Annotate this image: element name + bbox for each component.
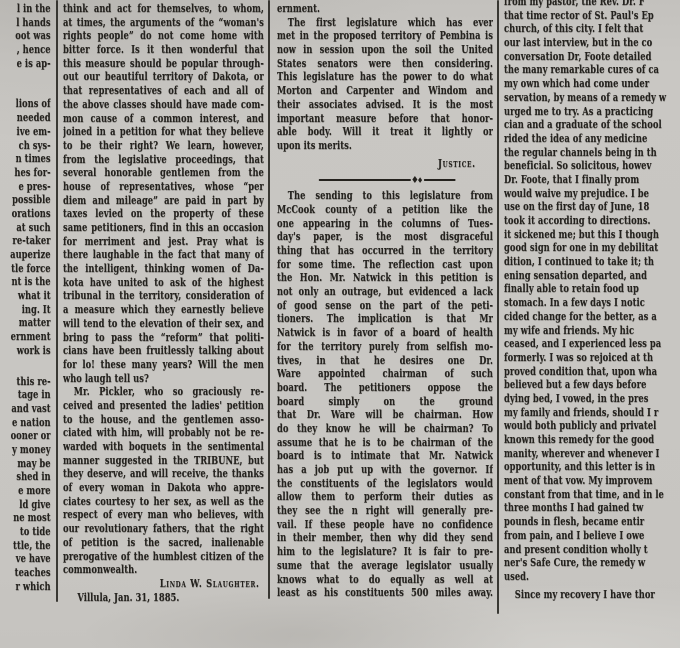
text-line: least as his constituents 500 miles away… <box>277 586 493 600</box>
text-line: dying bed, I vowed, in the pres <box>504 392 680 406</box>
text-line: the regular channels being in th <box>504 146 680 160</box>
text-line: at such <box>0 221 51 235</box>
text-line: it sickened me; but this I though <box>504 228 680 242</box>
text-line: e more <box>0 484 51 498</box>
text-line: the above classes should have made com- <box>63 98 264 112</box>
text-line: respect of every man who believes, with <box>63 508 264 522</box>
text-line: ive em- <box>0 125 51 139</box>
rule-line <box>424 179 456 181</box>
text-line: my own which had come under <box>504 77 680 91</box>
text-line: lions of <box>0 97 51 111</box>
text-line: taxes levied on the property of these <box>63 207 264 221</box>
text-line: Since my recovery I have thor <box>504 588 680 602</box>
diamond-ornament <box>418 177 422 182</box>
text-line: one appearing in the columns of Tues- <box>277 217 493 231</box>
text-line: in their member, then why did they send <box>277 531 493 545</box>
text-line: bring to pass the “reform” that politi- <box>63 331 264 345</box>
text-line: vail. If these people have no confidence <box>277 518 493 532</box>
text-line: church, of this city. I felt that <box>504 22 680 36</box>
text-line: bitter force. Is it then wonderful that <box>63 43 264 57</box>
text-line: for some time. The reflection cast upon <box>277 258 493 272</box>
text-line: has a job put up with the governor. If <box>277 463 493 477</box>
text-line: ening sensation departed, and <box>504 269 680 283</box>
column-divider-2 <box>268 0 270 599</box>
text-line: board is to intimate that Mr. Natwick <box>277 449 493 463</box>
text-line: a measure which they earnestly believe <box>63 303 264 317</box>
text-line: possible <box>0 193 51 207</box>
text-line: mon cause of a common interest, and <box>63 112 264 126</box>
text-line: now in session upon the soil the United <box>277 43 493 57</box>
text-line: Justice. <box>277 157 493 171</box>
text-line: think and act for themselves, to whom, <box>63 2 264 16</box>
text-line: urged me to try. As a practicing <box>504 105 680 119</box>
diamond-ornament <box>413 176 418 183</box>
text-line: house of representatives, whose “per <box>63 180 264 194</box>
text-line: l hands <box>0 16 51 30</box>
text-line: pounds in flesh, became entir <box>504 515 680 529</box>
text-line: servation, by means of a remedy w <box>504 91 680 105</box>
text-line: good sign for one in my debilitat <box>504 241 680 255</box>
text-line: they see the n right will generally pre- <box>277 504 493 518</box>
text-line: cided change for the better, as a <box>504 310 680 324</box>
text-line: of good sense on the part of the peti- <box>277 299 493 313</box>
text-line: joined in a petition for what they belie… <box>63 125 264 139</box>
text-line: commonwealth. <box>63 563 264 577</box>
text-line: board simply on the ground <box>277 395 493 409</box>
text-line: Linda W. Slaughter. <box>63 577 264 591</box>
text-line: tives, in that he desires one Dr. <box>277 354 493 368</box>
text-line: for the territory purely from selfish mo… <box>277 340 493 354</box>
text-line: needed <box>0 111 51 125</box>
text-line: ner's Safe Cure, the remedy w <box>504 556 680 570</box>
text-line: Mr. Pickler, who so graciously re- <box>63 385 264 399</box>
text-line: of petition is the sacred, inalienable <box>63 536 264 550</box>
text-line: our revolutionary fathers, that the righ… <box>63 522 264 536</box>
text-line: n times <box>0 152 51 166</box>
text-line: ceived and presented the ladies' petitio… <box>63 399 264 413</box>
text-line: for lo! these many years? Will the men <box>63 358 264 372</box>
newspaper-column-testimonial: from my pastor, the Rev. Dr. Fthat time … <box>504 0 680 601</box>
text-line: to the house, and the gentlemen asso- <box>63 413 264 427</box>
text-line: there laughable in the fact that many of <box>63 248 264 262</box>
text-line: may be <box>0 457 51 471</box>
text-line: ing. It <box>0 303 51 317</box>
text-line: they deserve, and will receive, the than… <box>63 467 264 481</box>
text-line: Dr. Foote, that I finally prom <box>504 173 680 187</box>
text-line: Ware appointed chairman of such <box>277 367 493 381</box>
text-line: manity, wherever and whenever I <box>504 447 680 461</box>
text-line: diem and mileage” are paid in part by <box>63 194 264 208</box>
text-line: finally able to retain food up <box>504 282 680 296</box>
text-line: will tend to the elevation of their sex,… <box>63 317 264 331</box>
text-line: y money <box>0 443 51 457</box>
text-line: cian and a graduate of the school <box>504 118 680 132</box>
text-line: The first legislature which has ever <box>277 16 493 30</box>
text-line: The sending to this legislature from <box>277 189 493 203</box>
text-line: hes for- <box>0 166 51 180</box>
text-line: to be their right? We learn, however, <box>63 139 264 153</box>
text-line: and present condition wholly t <box>504 543 680 557</box>
text-line: ttle, the <box>0 539 51 553</box>
newspaper-column-left-clipped: l in thel handsoot was, hencee is ap-lio… <box>0 0 51 594</box>
text-line: met in the proposed territory of Pembina… <box>277 29 493 43</box>
text-line: opportunity, and this letter is in <box>504 460 680 474</box>
newspaper-column-legislature-editorials: ernment.The first legislature which has … <box>277 0 493 600</box>
text-line: out our beautiful territory of Dakota, o… <box>63 70 264 84</box>
text-line: knows what to do equally as well at <box>277 573 493 587</box>
text-line: stomach. In a few days I notic <box>504 296 680 310</box>
text-line: tribunal in the territory, consideration… <box>63 289 264 303</box>
text-line: tle force <box>0 262 51 276</box>
text-line: my family and friends, should I r <box>504 406 680 420</box>
text-line: upon its merits. <box>277 139 493 153</box>
text-line: that representatives of each and all of <box>63 84 264 98</box>
text-line: States senators were then considering. <box>277 57 493 71</box>
text-line: orations <box>0 207 51 221</box>
text-line: believed but a few days before <box>504 378 680 392</box>
text-line: my wife and friends. My hic <box>504 324 680 338</box>
text-line: that Dr. Ware will be chairman. How <box>277 408 493 422</box>
text-line: conversation Dr, Foote detailed <box>504 50 680 64</box>
text-line: would waive my prejudice. I be <box>504 187 680 201</box>
text-line: from pain, and I believe I owe <box>504 529 680 543</box>
text-line: manner suggested in the TRIBUNE, but <box>63 454 264 468</box>
text-line: him to the legislature? It is fair to pr… <box>277 545 493 559</box>
text-line: ciates courtesy to her sex, as well as t… <box>63 495 264 509</box>
text-line: e pres- <box>0 180 51 194</box>
text-line: e nation <box>0 416 51 430</box>
text-line: important measure before that honor- <box>277 112 493 126</box>
text-line: sume that the average legislator usually <box>277 559 493 573</box>
text-line: e is ap- <box>0 57 51 71</box>
column-divider-3 <box>497 0 499 614</box>
text-line: board. The petitioners oppose the <box>277 381 493 395</box>
text-line: known this remedy for the good <box>504 433 680 447</box>
text-line: able body. Will it treat it lightly or <box>277 125 493 139</box>
text-line: l in the <box>0 2 51 16</box>
column-divider-1 <box>56 0 58 602</box>
text-line: of every woman in Dakota who appre- <box>63 481 264 495</box>
text-line: would both publicly and privatel <box>504 419 680 433</box>
text-line: work is <box>0 344 51 358</box>
text-line: ch sys- <box>0 139 51 153</box>
text-line: to tide <box>0 525 51 539</box>
newspaper-column-womans-rights-letter: think and act for themselves, to whom,at… <box>63 0 264 604</box>
text-line: McCook county of a petition like the <box>277 203 493 217</box>
text-line: dition, I continued to take it; th <box>504 255 680 269</box>
text-line: three months I had gained tw <box>504 501 680 515</box>
text-line: , hence <box>0 43 51 57</box>
text-line: that time rector of St. Paul's Ep <box>504 9 680 23</box>
text-line: what it <box>0 289 51 303</box>
text-line: several honorable gentlemen from the <box>63 166 264 180</box>
text-line: the Hon. Mr. Natwick in this petition is <box>277 271 493 285</box>
text-line: our last interview, but in the co <box>504 36 680 50</box>
paragraph-gap <box>0 358 51 375</box>
newspaper-page-scan: l in thel handsoot was, hencee is ap-lio… <box>0 0 680 648</box>
text-line: teaches <box>0 566 51 580</box>
text-line: nt is the <box>0 275 51 289</box>
text-line: This legislature has the power to do wha… <box>277 70 493 84</box>
text-line: r which <box>0 580 51 594</box>
text-line: formerly. I was so rejoiced at th <box>504 351 680 365</box>
text-line: kota have united to ask of the highest <box>63 276 264 290</box>
text-line: use on the first day of June, 18 <box>504 200 680 214</box>
text-line: allow them to perform their duties as <box>277 490 493 504</box>
text-line: ve have <box>0 552 51 566</box>
text-line: and vast <box>0 402 51 416</box>
text-line: used. <box>504 570 680 584</box>
paragraph-gap <box>0 70 51 97</box>
text-line: auperize <box>0 248 51 262</box>
text-line: tage in <box>0 388 51 402</box>
text-line: who laugh tell us? <box>63 372 264 386</box>
text-line: took it according to directions. <box>504 214 680 228</box>
text-line: at times, the arguments of the “woman's <box>63 16 264 30</box>
text-line: warded with boquets in the sentimental <box>63 440 264 454</box>
text-line: the constituents of the legislators woul… <box>277 477 493 491</box>
text-line: from the legislative proceedings, that <box>63 153 264 167</box>
text-line: ne most <box>0 511 51 525</box>
text-line: prerogative of the humblest citizen of t… <box>63 550 264 564</box>
text-line: for merriment and jest. Pray what is <box>63 235 264 249</box>
text-line: Morton and Carpenter and Windom and <box>277 84 493 98</box>
text-line: ernment <box>0 330 51 344</box>
text-line: rights people” do not come home with <box>63 29 264 43</box>
text-line: this re- <box>0 375 51 389</box>
text-line: the intelligent, thinking women of Da- <box>63 262 264 276</box>
decorative-rule <box>299 178 476 181</box>
text-line: this measure should be popular through- <box>63 57 264 71</box>
text-line: shed in <box>0 470 51 484</box>
text-line: tioners. The implication is that Mr <box>277 312 493 326</box>
text-line: day's paper, is the most disgraceful <box>277 230 493 244</box>
text-line: rided the idea of any medicine <box>504 132 680 146</box>
text-line: ld give <box>0 498 51 512</box>
text-line: beneficial. So solicitous, howev <box>504 159 680 173</box>
text-line: re-taker <box>0 234 51 248</box>
text-line: ernment. <box>277 2 493 16</box>
text-line: not only an outrage, but evidenced a lac… <box>277 285 493 299</box>
text-line: constant from that time, and in le <box>504 488 680 502</box>
text-line: do they know he will be chairman? To <box>277 422 493 436</box>
text-line: oot was <box>0 29 51 43</box>
text-line: proved condition that, upon wha <box>504 365 680 379</box>
rule-line <box>319 179 411 181</box>
text-line: from my pastor, the Rev. Dr. F <box>504 0 680 9</box>
text-line: ment of that vow. My improvem <box>504 474 680 488</box>
text-line: thing that has occurred in the territory <box>277 244 493 258</box>
text-line: Natwick is in favor of a board of health <box>277 326 493 340</box>
text-line: Villula, Jan. 31, 1885. <box>63 591 264 605</box>
text-line: ooner or <box>0 429 51 443</box>
text-line: same petitioners, find in this an occasi… <box>63 221 264 235</box>
text-line: matter <box>0 316 51 330</box>
text-line: ciated with him, will probably not be re… <box>63 426 264 440</box>
text-line: assume that he is to be chairman of the <box>277 436 493 450</box>
text-line: their associates advised. It is the most <box>277 98 493 112</box>
text-line: the many remarkable cures of ca <box>504 63 680 77</box>
text-line: cians have been fruitlessly talking abou… <box>63 344 264 358</box>
text-line: ceased, and I experienced less pa <box>504 337 680 351</box>
